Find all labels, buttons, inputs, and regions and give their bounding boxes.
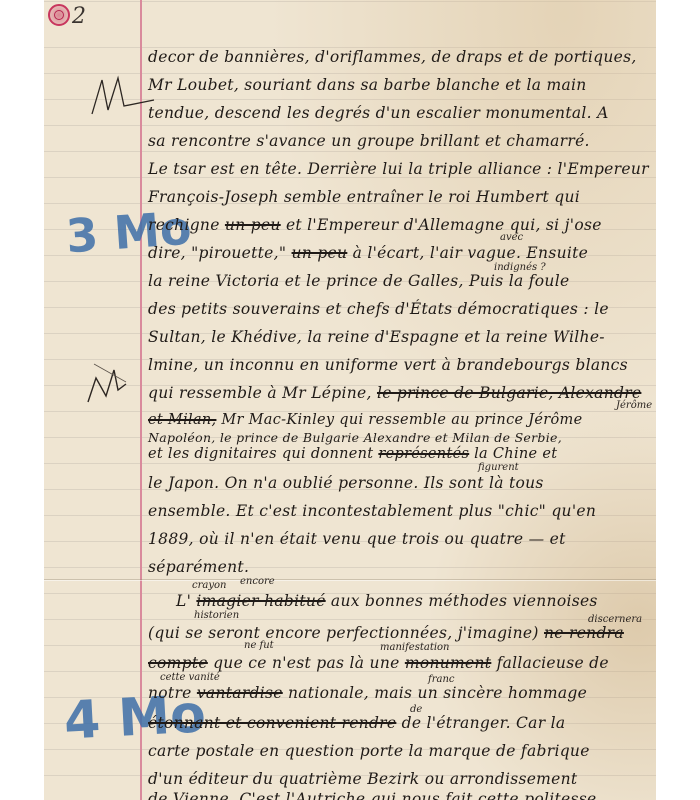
text-line: de Vienne. C'est l'Autriche qui nous fai… (148, 790, 602, 800)
text-line: L' imagier habitué aux bonnes méthodes v… (176, 592, 598, 610)
text-line: sa rencontre s'avance un groupe brillant… (148, 132, 590, 150)
text-line: la reine Victoria et le prince de Galles… (148, 272, 569, 290)
interlinear-insertion: indignés ? (494, 262, 546, 273)
text-line: qui ressemble à Mr Lépine, le prince de … (148, 384, 641, 402)
text-line: des petits souverains et chefs d'États d… (148, 300, 609, 318)
struck-text: compte (148, 654, 208, 672)
interlinear-insertion: Jérôme (616, 400, 652, 411)
text-line: carte postale en question porte la marqu… (148, 742, 590, 760)
text-line: étonnant et convenient rendre de l'étran… (148, 714, 565, 732)
text-line: tendue, descend les degrés d'un escalier… (148, 104, 609, 122)
struck-text: un peu (225, 216, 281, 234)
interlinear-insertion: encore (240, 576, 275, 587)
text-line: decor de bannières, d'oriflammes, de dra… (148, 48, 637, 66)
text-line: et les dignitaires qui donnent représent… (148, 446, 557, 462)
text-line: et Milan, Mr Mac-Kinley qui ressemble au… (148, 412, 582, 428)
struck-text: le prince de Bulgarie, Alexandre (377, 384, 641, 402)
text-line: d'un éditeur du quatrième Bezirk ou arro… (148, 770, 577, 788)
struck-text: un peu (292, 244, 348, 262)
library-stamp-icon (48, 4, 70, 26)
interlinear-insertion: manifestation (380, 642, 450, 653)
interlinear-insertion: crayon (192, 580, 226, 591)
interlinear-insertion: discernera (588, 614, 642, 625)
pencil-margin-mark-icon (84, 356, 134, 406)
paper-fold-line (44, 579, 656, 580)
struck-text: monument (405, 654, 491, 672)
interlinear-insertion: ne fut (244, 640, 274, 651)
text-line: dire, "pirouette," un peu à l'écart, l'a… (148, 244, 588, 262)
text-line: Le tsar est en tête. Derrière lui la tri… (148, 160, 649, 178)
text-line: rechigne un peu et l'Empereur d'Allemagn… (148, 216, 602, 234)
interlinear-insertion: franc (428, 674, 454, 685)
text-line: lmine, un inconnu en uniforme vert à bra… (148, 356, 628, 374)
text-line: Mr Loubet, souriant dans sa barbe blanch… (148, 76, 587, 94)
text-line: ensemble. Et c'est incontestablement plu… (148, 502, 596, 520)
interlinear-insertion: historien (194, 610, 239, 621)
struck-text: ne rendra (544, 624, 624, 642)
text-line: 1889, où il n'en était venu que trois ou… (148, 530, 566, 548)
text-line: compte que ce n'est pas là une monument … (148, 654, 609, 672)
struck-text: imagier habitué (196, 592, 325, 610)
manuscript-page: 2 3 Mo 4 Mo decor de bannières, d'orifla… (44, 0, 656, 800)
text-line: notre vantardise nationale, mais un sinc… (148, 684, 587, 702)
text-line-inserted: Napoléon, le prince de Bulgarie Alexandr… (148, 430, 562, 445)
struck-text: étonnant et convenient rendre (148, 714, 396, 732)
margin-rule (140, 0, 142, 800)
interlinear-insertion: cette vanité (160, 672, 220, 683)
text-line: séparément. (148, 558, 249, 576)
interlinear-insertion: de (410, 704, 422, 715)
struck-text: vantardise (197, 684, 283, 702)
interlinear-insertion: avec (500, 232, 523, 243)
interlinear-insertion: figurent (478, 462, 519, 473)
text-line: le Japon. On n'a oublié personne. Ils so… (148, 474, 544, 492)
text-line: (qui se seront encore perfectionnées, j'… (148, 624, 624, 642)
text-line: François-Joseph semble entraîner le roi … (148, 188, 580, 206)
text-line: Sultan, le Khédive, la reine d'Espagne e… (148, 328, 605, 346)
struck-text: représentés (378, 446, 469, 462)
struck-text: et Milan, (148, 412, 216, 428)
page-number: 2 (72, 4, 86, 29)
